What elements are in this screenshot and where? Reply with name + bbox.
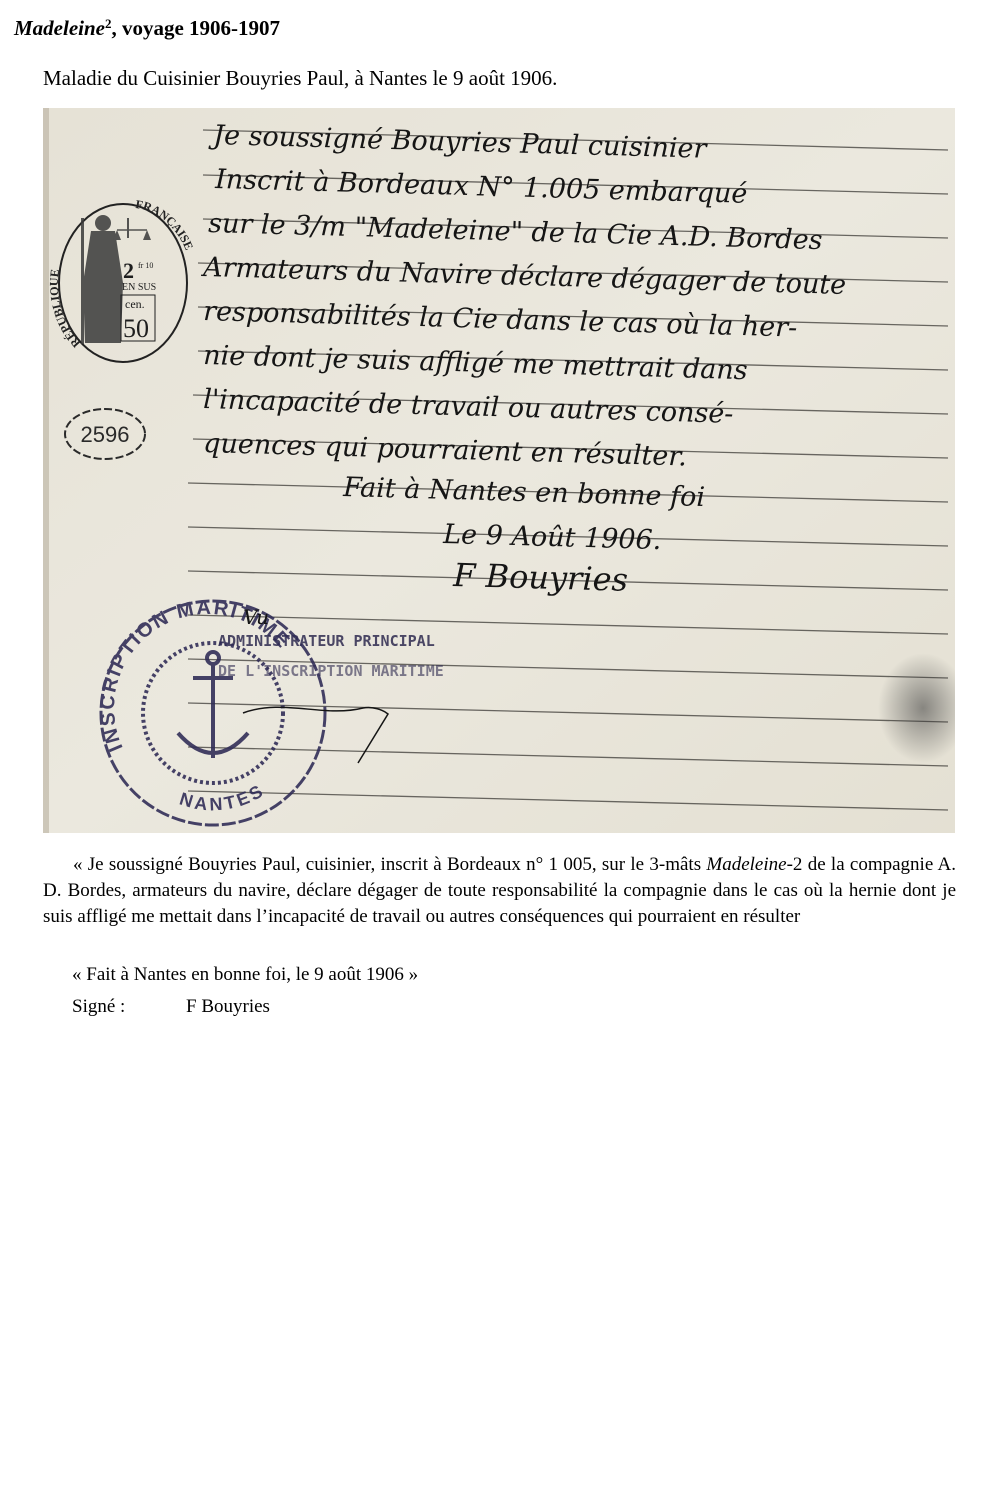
paper-left-edge xyxy=(43,108,49,833)
svg-text:ADMINISTRATEUR PRINCIPAL: ADMINISTRATEUR PRINCIPAL xyxy=(218,632,435,650)
title-ship-name: Madeleine xyxy=(14,16,105,40)
handwritten-declaration-photo: RÉPUBLIQUE FRANÇAISE 2 fr 10 EN SUS cen. xyxy=(43,108,955,833)
signature-label: Signé : xyxy=(72,994,186,1020)
svg-text:50: 50 xyxy=(123,314,149,343)
svg-text:fr 10: fr 10 xyxy=(138,261,153,270)
svg-text:EN SUS: EN SUS xyxy=(122,282,156,293)
svg-text:Vu: Vu xyxy=(243,605,269,629)
page-title: Madeleine2, voyage 1906-1907 xyxy=(14,14,280,42)
svg-text:2: 2 xyxy=(123,258,134,283)
svg-text:2596: 2596 xyxy=(81,422,130,447)
transcription-closing: « Fait à Nantes en bonne foi, le 9 août … xyxy=(72,962,418,988)
document-subtitle: Maladie du Cuisinier Bouyries Paul, à Na… xyxy=(43,64,557,92)
declaration-photo-svg: RÉPUBLIQUE FRANÇAISE 2 fr 10 EN SUS cen. xyxy=(43,108,955,833)
signature-row: Signé :F Bouyries xyxy=(72,994,270,1020)
transcription-text: « Je soussigné Bouyries Paul, cuisinier,… xyxy=(43,852,956,930)
handwritten-line-10: Le 9 Août 1906. xyxy=(442,519,662,556)
handwritten-signature: F Bouyries xyxy=(452,556,629,599)
transcription-paragraph: « Je soussigné Bouyries Paul, cuisinier,… xyxy=(43,852,956,930)
title-voyage: , voyage 1906-1907 xyxy=(111,16,280,40)
svg-text:cen.: cen. xyxy=(125,297,145,311)
svg-text:DE L'INSCRIPTION MARITIME: DE L'INSCRIPTION MARITIME xyxy=(218,662,444,680)
signature-name: F Bouyries xyxy=(186,996,270,1017)
transcription-ship-name: Madeleine xyxy=(706,854,786,875)
